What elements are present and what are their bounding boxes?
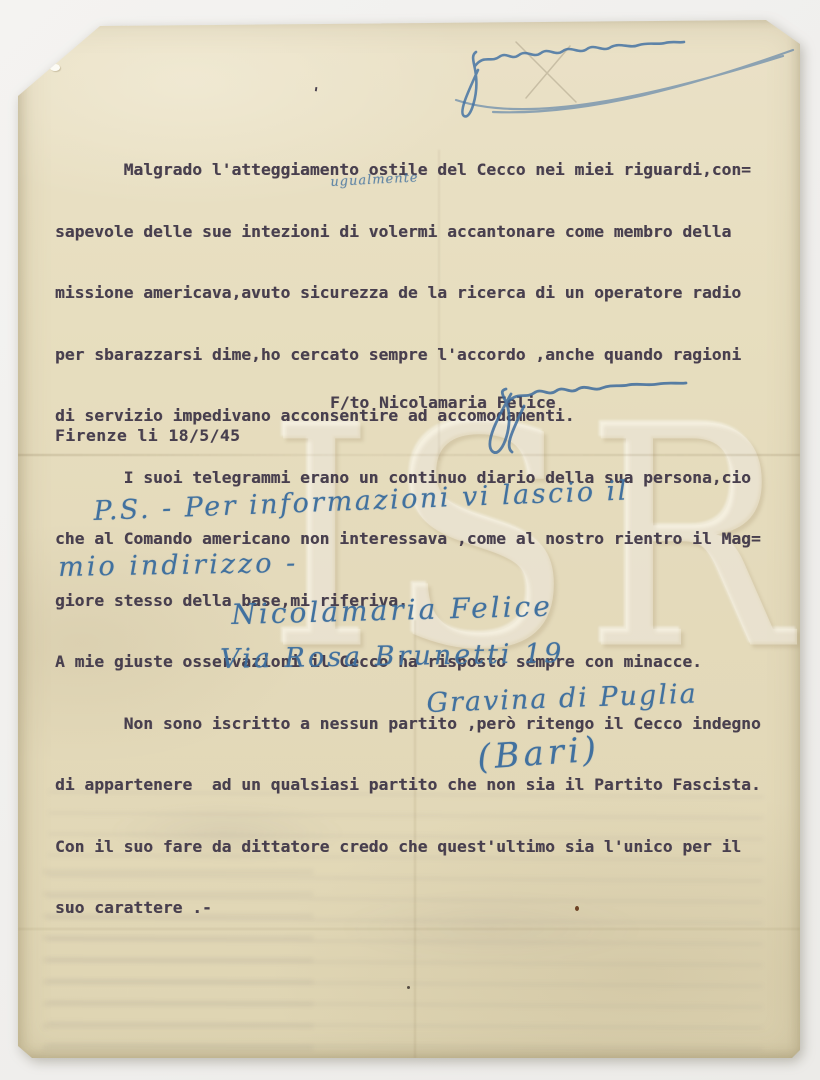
letter-page-wrapper: ISR ' Malgrado l'atteggiament [18, 20, 800, 1058]
typed-line: sapevole delle sue intezioni di volermi … [55, 222, 761, 243]
typed-line: per sbarazzarsi dime,ho cercato sempre l… [55, 345, 761, 366]
letter-page: ISR ' Malgrado l'atteggiament [18, 20, 800, 1058]
paper-speck [407, 986, 410, 989]
typed-line: missione americava,avuto sicurezza de la… [55, 283, 761, 304]
paper-fleck [50, 64, 60, 71]
postscript-address-line: Via Rosa Brunetti 19 [220, 638, 565, 675]
typed-letter-body: Malgrado l'atteggiamento ostile del Cecc… [55, 119, 761, 960]
scanner-background: ISR ' Malgrado l'atteggiament [0, 0, 820, 1080]
stray-typewriter-mark: ' [310, 83, 322, 102]
place-date-line: Firenze li 18/5/45 [55, 426, 240, 445]
postscript-line: mio indirizzo - [58, 548, 298, 583]
typed-line: Non sono iscritto a nessun partito ,però… [55, 714, 761, 735]
typed-line: di appartenere ad un qualsiasi partito c… [55, 775, 761, 796]
handwritten-signature-top [448, 36, 798, 122]
typed-line: Con il suo fare da dittatore credo che q… [55, 837, 761, 858]
handwritten-signature-middle [416, 380, 716, 460]
postscript-province-line: (Bari) [476, 729, 601, 777]
typed-line: suo carattere .- [55, 898, 761, 919]
typed-line: che al Comando americano non interessava… [55, 529, 761, 550]
